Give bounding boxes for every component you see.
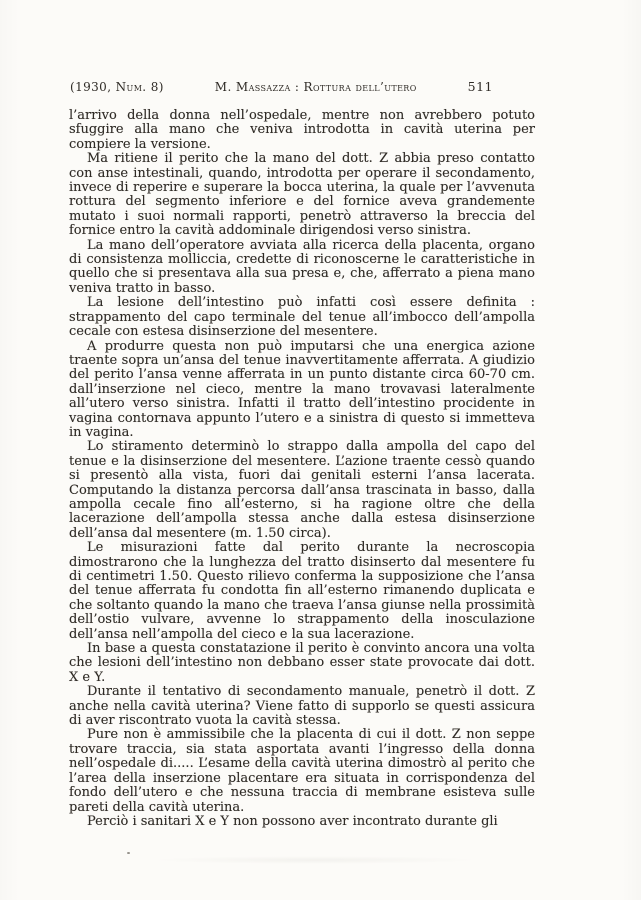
scan-speck [127, 852, 130, 854]
paragraph: In base a questa constatazione il perito… [69, 642, 535, 685]
page-body: l’arrivo della donna nell’ospedale, ment… [69, 109, 535, 829]
paragraph: l’arrivo della donna nell’ospedale, ment… [69, 109, 535, 152]
page-header: (1930, Num. 8) M. Massazza : Rottura del… [70, 79, 493, 94]
paragraph: Pure non è ammissibile che la placenta d… [69, 728, 535, 814]
paragraph: Perciò i sanitari X e Y non possono aver… [69, 815, 535, 829]
paragraph: La mano dell’operatore avviata alla rice… [69, 239, 535, 297]
paragraph: Le misurazioni fatte dal perito durante … [69, 541, 535, 642]
header-running-title: M. Massazza : Rottura dell’utero [215, 80, 417, 94]
header-issue: (1930, Num. 8) [70, 80, 164, 94]
scan-smudge [150, 856, 480, 864]
paragraph: La lesione dell’intestino può infatti co… [69, 296, 535, 339]
page-number: 511 [468, 79, 493, 94]
paragraph: Lo stiramento determinò lo strappo dalla… [69, 440, 535, 541]
paragraph: Durante il tentativo di secondamento man… [69, 685, 535, 728]
document-page: (1930, Num. 8) M. Massazza : Rottura del… [0, 0, 641, 900]
paragraph: A produrre questa non può imputarsi che … [69, 340, 535, 441]
paragraph: Ma ritiene il perito che la mano del dot… [69, 152, 535, 238]
